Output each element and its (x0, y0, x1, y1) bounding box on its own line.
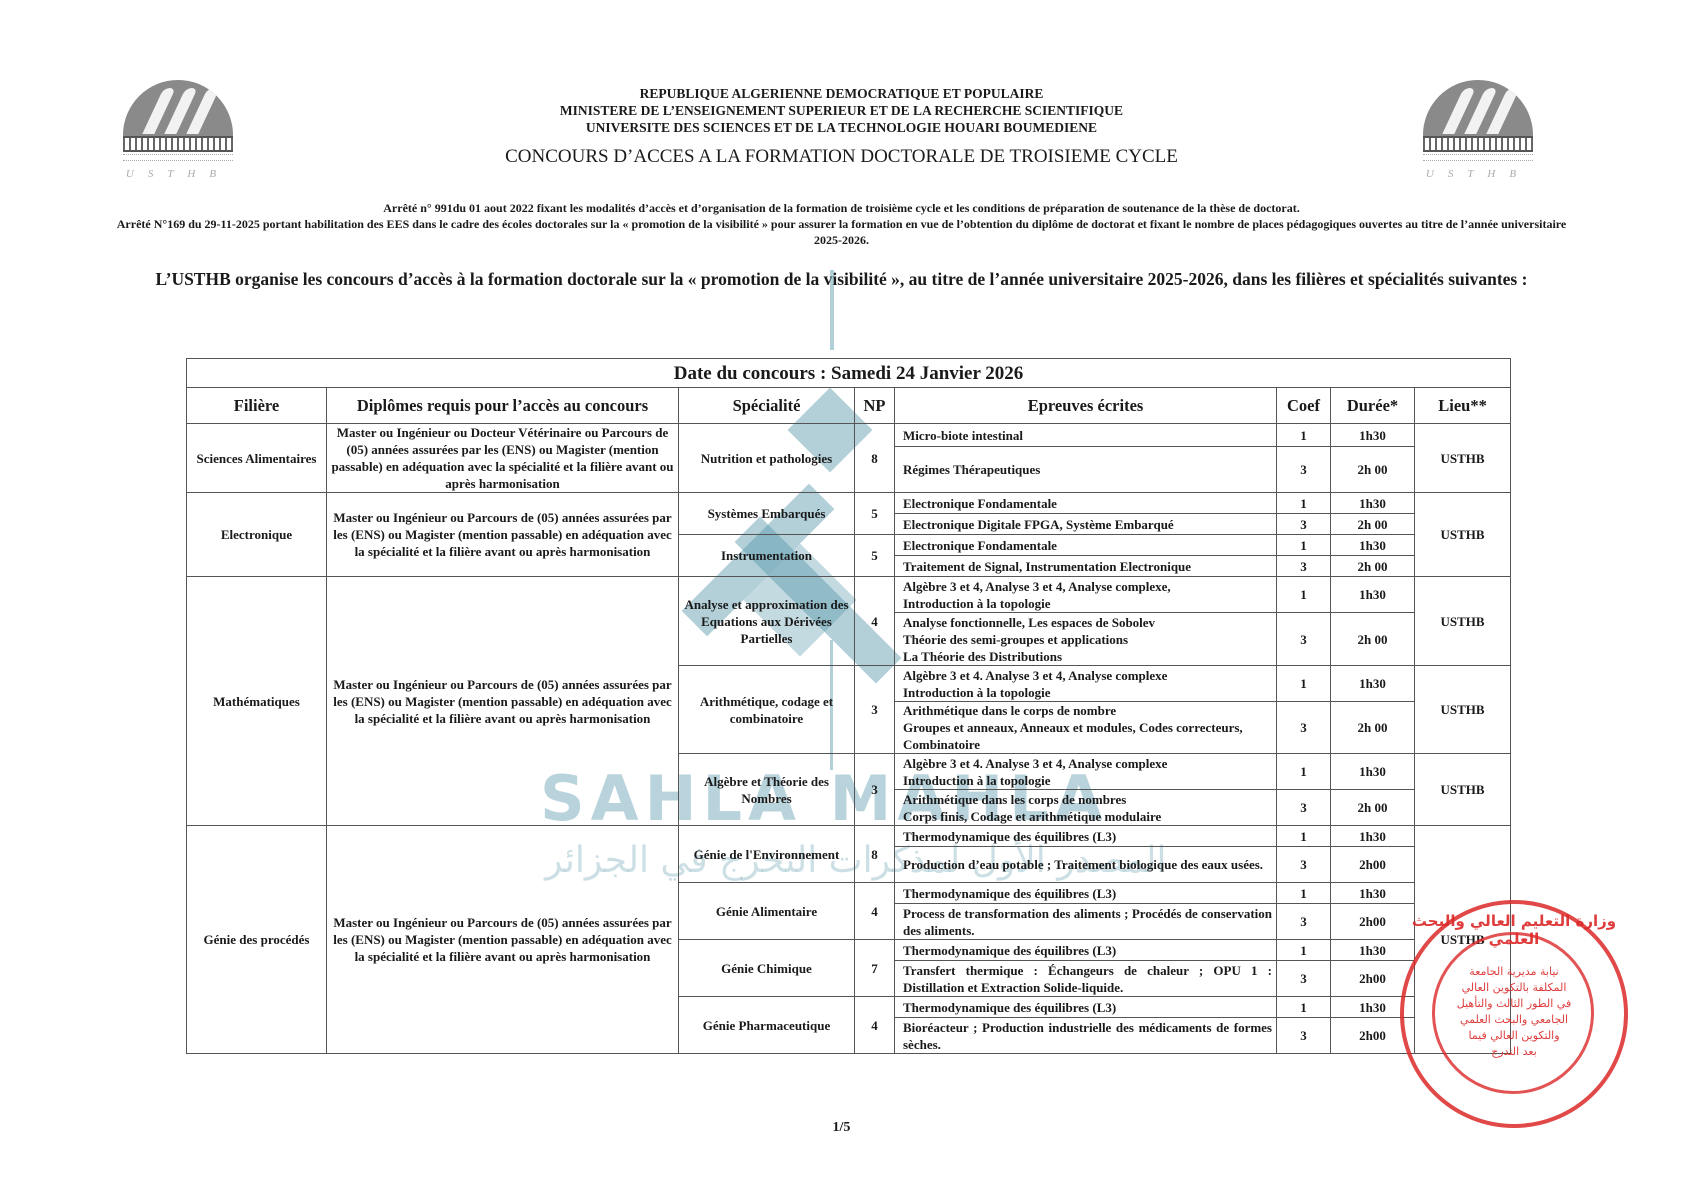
np-cell: 4 (855, 883, 895, 940)
np-cell: 8 (855, 424, 895, 493)
coef-cell: 1 (1277, 424, 1331, 447)
specialite-cell: Arithmétique, codage et combinatoire (679, 666, 855, 754)
np-cell: 5 (855, 493, 895, 535)
duree-cell: 1h30 (1331, 666, 1415, 702)
diplomes-cell: Master ou Ingénieur ou Docteur Vétérinai… (327, 424, 679, 493)
column-header: Filière (187, 388, 327, 424)
coef-cell: 3 (1277, 790, 1331, 826)
epreuve-cell: Algèbre 3 et 4. Analyse 3 et 4, Analyse … (895, 754, 1277, 790)
duree-cell: 1h30 (1331, 940, 1415, 961)
lieu-cell: USTHB (1415, 754, 1511, 826)
duree-cell: 2h 00 (1331, 613, 1415, 666)
epreuve-cell: Thermodynamique des équilibres (L3) (895, 883, 1277, 904)
filiere-cell: Génie des procédés (187, 826, 327, 1054)
coef-cell: 1 (1277, 577, 1331, 613)
epreuve-cell: Arithmétique dans les corps de nombresCo… (895, 790, 1277, 826)
coef-cell: 3 (1277, 847, 1331, 883)
coef-cell: 1 (1277, 940, 1331, 961)
diplomes-cell: Master ou Ingénieur ou Parcours de (05) … (327, 493, 679, 577)
epreuve-cell: Electronique Fondamentale (895, 535, 1277, 556)
np-cell: 3 (855, 666, 895, 754)
epreuve-cell: Transfert thermique : Échangeurs de chal… (895, 961, 1277, 997)
specialite-cell: Génie Alimentaire (679, 883, 855, 940)
specialite-cell: Systèmes Embarqués (679, 493, 855, 535)
np-cell: 4 (855, 997, 895, 1054)
epreuve-cell: Process de transformation des aliments ;… (895, 904, 1277, 940)
epreuve-cell: Thermodynamique des équilibres (L3) (895, 997, 1277, 1018)
duree-cell: 2h00 (1331, 847, 1415, 883)
column-header: Durée* (1331, 388, 1415, 424)
diplomes-cell: Master ou Ingénieur ou Parcours de (05) … (327, 826, 679, 1054)
column-header: Diplômes requis pour l’accès au concours (327, 388, 679, 424)
coef-cell: 3 (1277, 514, 1331, 535)
coef-cell: 3 (1277, 961, 1331, 997)
specialite-cell: Génie de l'Environnement (679, 826, 855, 883)
specialite-cell: Génie Chimique (679, 940, 855, 997)
coef-cell: 3 (1277, 556, 1331, 577)
date-bar: Date du concours : Samedi 24 Janvier 202… (187, 359, 1511, 388)
specialite-cell: Analyse et approximation des Equations a… (679, 577, 855, 666)
specialite-cell: Génie Pharmaceutique (679, 997, 855, 1054)
table-row: Génie des procédésMaster ou Ingénieur ou… (187, 826, 1511, 847)
specialite-cell: Nutrition et pathologies (679, 424, 855, 493)
duree-cell: 1h30 (1331, 535, 1415, 556)
coef-cell: 1 (1277, 535, 1331, 556)
epreuve-cell: Traitement de Signal, Instrumentation El… (895, 556, 1277, 577)
epreuve-cell: Micro-biote intestinal (895, 424, 1277, 447)
epreuve-cell: Algèbre 3 et 4. Analyse 3 et 4, Analyse … (895, 666, 1277, 702)
epreuve-cell: Thermodynamique des équilibres (L3) (895, 826, 1277, 847)
coef-cell: 1 (1277, 493, 1331, 514)
header-ministry: MINISTERE DE L’ENSEIGNEMENT SUPERIEUR ET… (0, 102, 1683, 119)
coef-cell: 3 (1277, 613, 1331, 666)
coef-cell: 3 (1277, 447, 1331, 493)
epreuve-cell: Electronique Digitale FPGA, Système Emba… (895, 514, 1277, 535)
epreuve-cell: Bioréacteur ; Production industrielle de… (895, 1018, 1277, 1054)
diplomes-cell: Master ou Ingénieur ou Parcours de (05) … (327, 577, 679, 826)
epreuve-cell: Electronique Fondamentale (895, 493, 1277, 514)
duree-cell: 2h 00 (1331, 702, 1415, 754)
coef-cell: 1 (1277, 666, 1331, 702)
column-header: Spécialité (679, 388, 855, 424)
coef-cell: 1 (1277, 754, 1331, 790)
duree-cell: 2h 00 (1331, 447, 1415, 493)
filiere-cell: Mathématiques (187, 577, 327, 826)
header-university: UNIVERSITE DES SCIENCES ET DE LA TECHNOL… (0, 119, 1683, 136)
specialite-cell: Algèbre et Théorie des Nombres (679, 754, 855, 826)
duree-cell: 1h30 (1331, 493, 1415, 514)
epreuve-cell: Régimes Thérapeutiques (895, 447, 1277, 493)
official-stamp: وزارة التعليم العالي والبحث العلمي نيابة… (1400, 900, 1628, 1128)
column-header: NP (855, 388, 895, 424)
lieu-cell: USTHB (1415, 666, 1511, 754)
table-row: MathématiquesMaster ou Ingénieur ou Parc… (187, 577, 1511, 613)
table-row: ElectroniqueMaster ou Ingénieur ou Parco… (187, 493, 1511, 514)
duree-cell: 2h 00 (1331, 790, 1415, 826)
epreuve-cell: Thermodynamique des équilibres (L3) (895, 940, 1277, 961)
column-header: Coef (1277, 388, 1331, 424)
filiere-cell: Electronique (187, 493, 327, 577)
np-cell: 8 (855, 826, 895, 883)
lieu-cell: USTHB (1415, 577, 1511, 666)
np-cell: 3 (855, 754, 895, 826)
intro-paragraph: L’USTHB organise les concours d’accès à … (100, 268, 1583, 290)
header-republic: REPUBLIQUE ALGERIENNE DEMOCRATIQUE ET PO… (0, 85, 1683, 102)
page-number: 1/5 (0, 1120, 1683, 1136)
np-cell: 4 (855, 577, 895, 666)
duree-cell: 1h30 (1331, 754, 1415, 790)
lieu-cell: USTHB (1415, 424, 1511, 493)
coef-cell: 3 (1277, 1018, 1331, 1054)
np-cell: 5 (855, 535, 895, 577)
coef-cell: 3 (1277, 702, 1331, 754)
duree-cell: 2h 00 (1331, 556, 1415, 577)
coef-cell: 1 (1277, 883, 1331, 904)
table-row: Sciences AlimentairesMaster ou Ingénieur… (187, 424, 1511, 447)
column-header: Epreuves écrites (895, 388, 1277, 424)
np-cell: 7 (855, 940, 895, 997)
epreuve-cell: Arithmétique dans le corps de nombreGrou… (895, 702, 1277, 754)
filiere-cell: Sciences Alimentaires (187, 424, 327, 493)
duree-cell: 2h 00 (1331, 514, 1415, 535)
document-title: CONCOURS D’ACCES A LA FORMATION DOCTORAL… (0, 146, 1683, 168)
epreuve-cell: Production d’eau potable ; Traitement bi… (895, 847, 1277, 883)
duree-cell: 2h00 (1331, 904, 1415, 940)
coef-cell: 1 (1277, 997, 1331, 1018)
arrete-2: Arrêté N°169 du 29-11-2025 portant habil… (110, 216, 1573, 248)
duree-cell: 1h30 (1331, 577, 1415, 613)
epreuve-cell: Analyse fonctionnelle, Les espaces de So… (895, 613, 1277, 666)
coef-cell: 1 (1277, 826, 1331, 847)
lieu-cell: USTHB (1415, 493, 1511, 577)
duree-cell: 1h30 (1331, 424, 1415, 447)
coef-cell: 3 (1277, 904, 1331, 940)
duree-cell: 1h30 (1331, 883, 1415, 904)
duree-cell: 1h30 (1331, 826, 1415, 847)
specialite-cell: Instrumentation (679, 535, 855, 577)
epreuve-cell: Algèbre 3 et 4, Analyse 3 et 4, Analyse … (895, 577, 1277, 613)
concours-table: Date du concours : Samedi 24 Janvier 202… (186, 358, 1511, 1054)
arrete-1: Arrêté n° 991du 01 aout 2022 fixant les … (110, 200, 1573, 216)
column-header: Lieu** (1415, 388, 1511, 424)
